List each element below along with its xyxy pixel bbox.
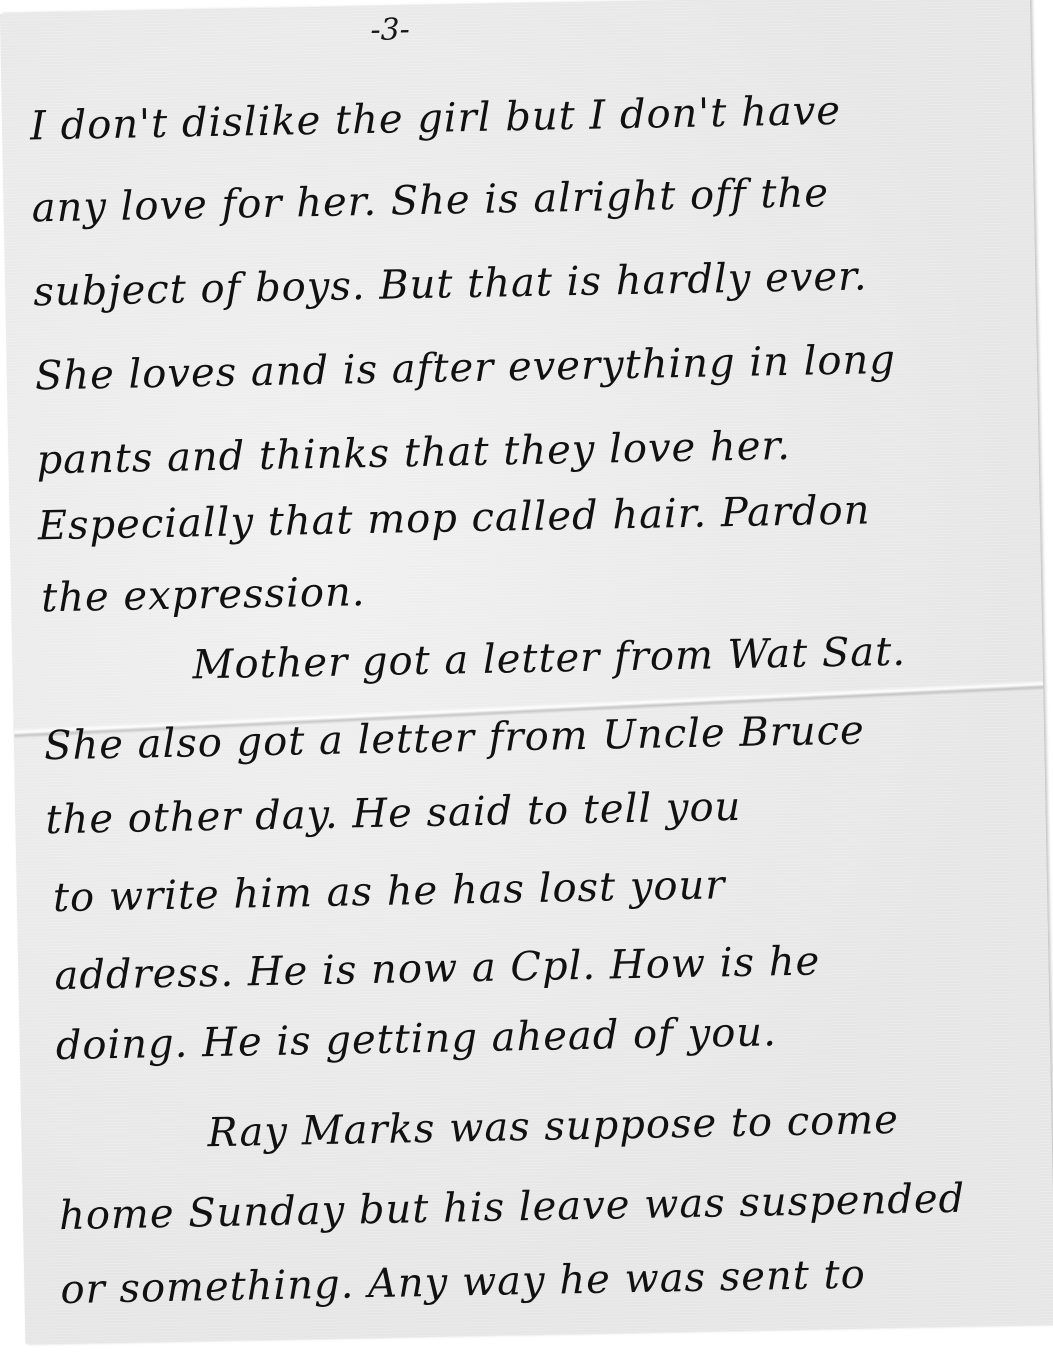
letter-line-13: doing. He is getting ahead of you. [55,1009,777,1069]
letter-line-3: subject of boys. But that is hardly ever… [33,253,868,315]
letter-line-7: the expression. [41,569,366,621]
letter-line-8: Mother got a letter from Wat Sat. [192,629,906,689]
letter-line-12: address. He is now a Cpl. How is he [54,938,821,999]
letter-page: -3- I don't dislike the girl but I don't… [0,0,1053,1344]
letter-line-6: Especially that mop called hair. Pardon [37,487,870,549]
page-number: -3- [370,12,410,48]
letter-line-15: home Sunday but his leave was suspended [59,1176,966,1239]
letter-line-2: any love for her. She is alright off the [31,170,829,231]
letter-line-9: She also got a letter from Uncle Bruce [44,708,865,770]
letter-line-14: Ray Marks was suppose to come [207,1097,899,1156]
letter-line-1: I don't dislike the girl but I don't hav… [30,88,842,150]
letter-line-5: pants and thinks that they love her. [36,423,791,483]
letter-line-16: or something. Any way he was sent to [60,1252,866,1313]
letter-line-4: She loves and is after everything in lon… [35,337,897,400]
letter-line-10: the other day. He said to tell you [45,784,742,843]
letter-line-11: to write him as he has lost your [53,862,726,921]
